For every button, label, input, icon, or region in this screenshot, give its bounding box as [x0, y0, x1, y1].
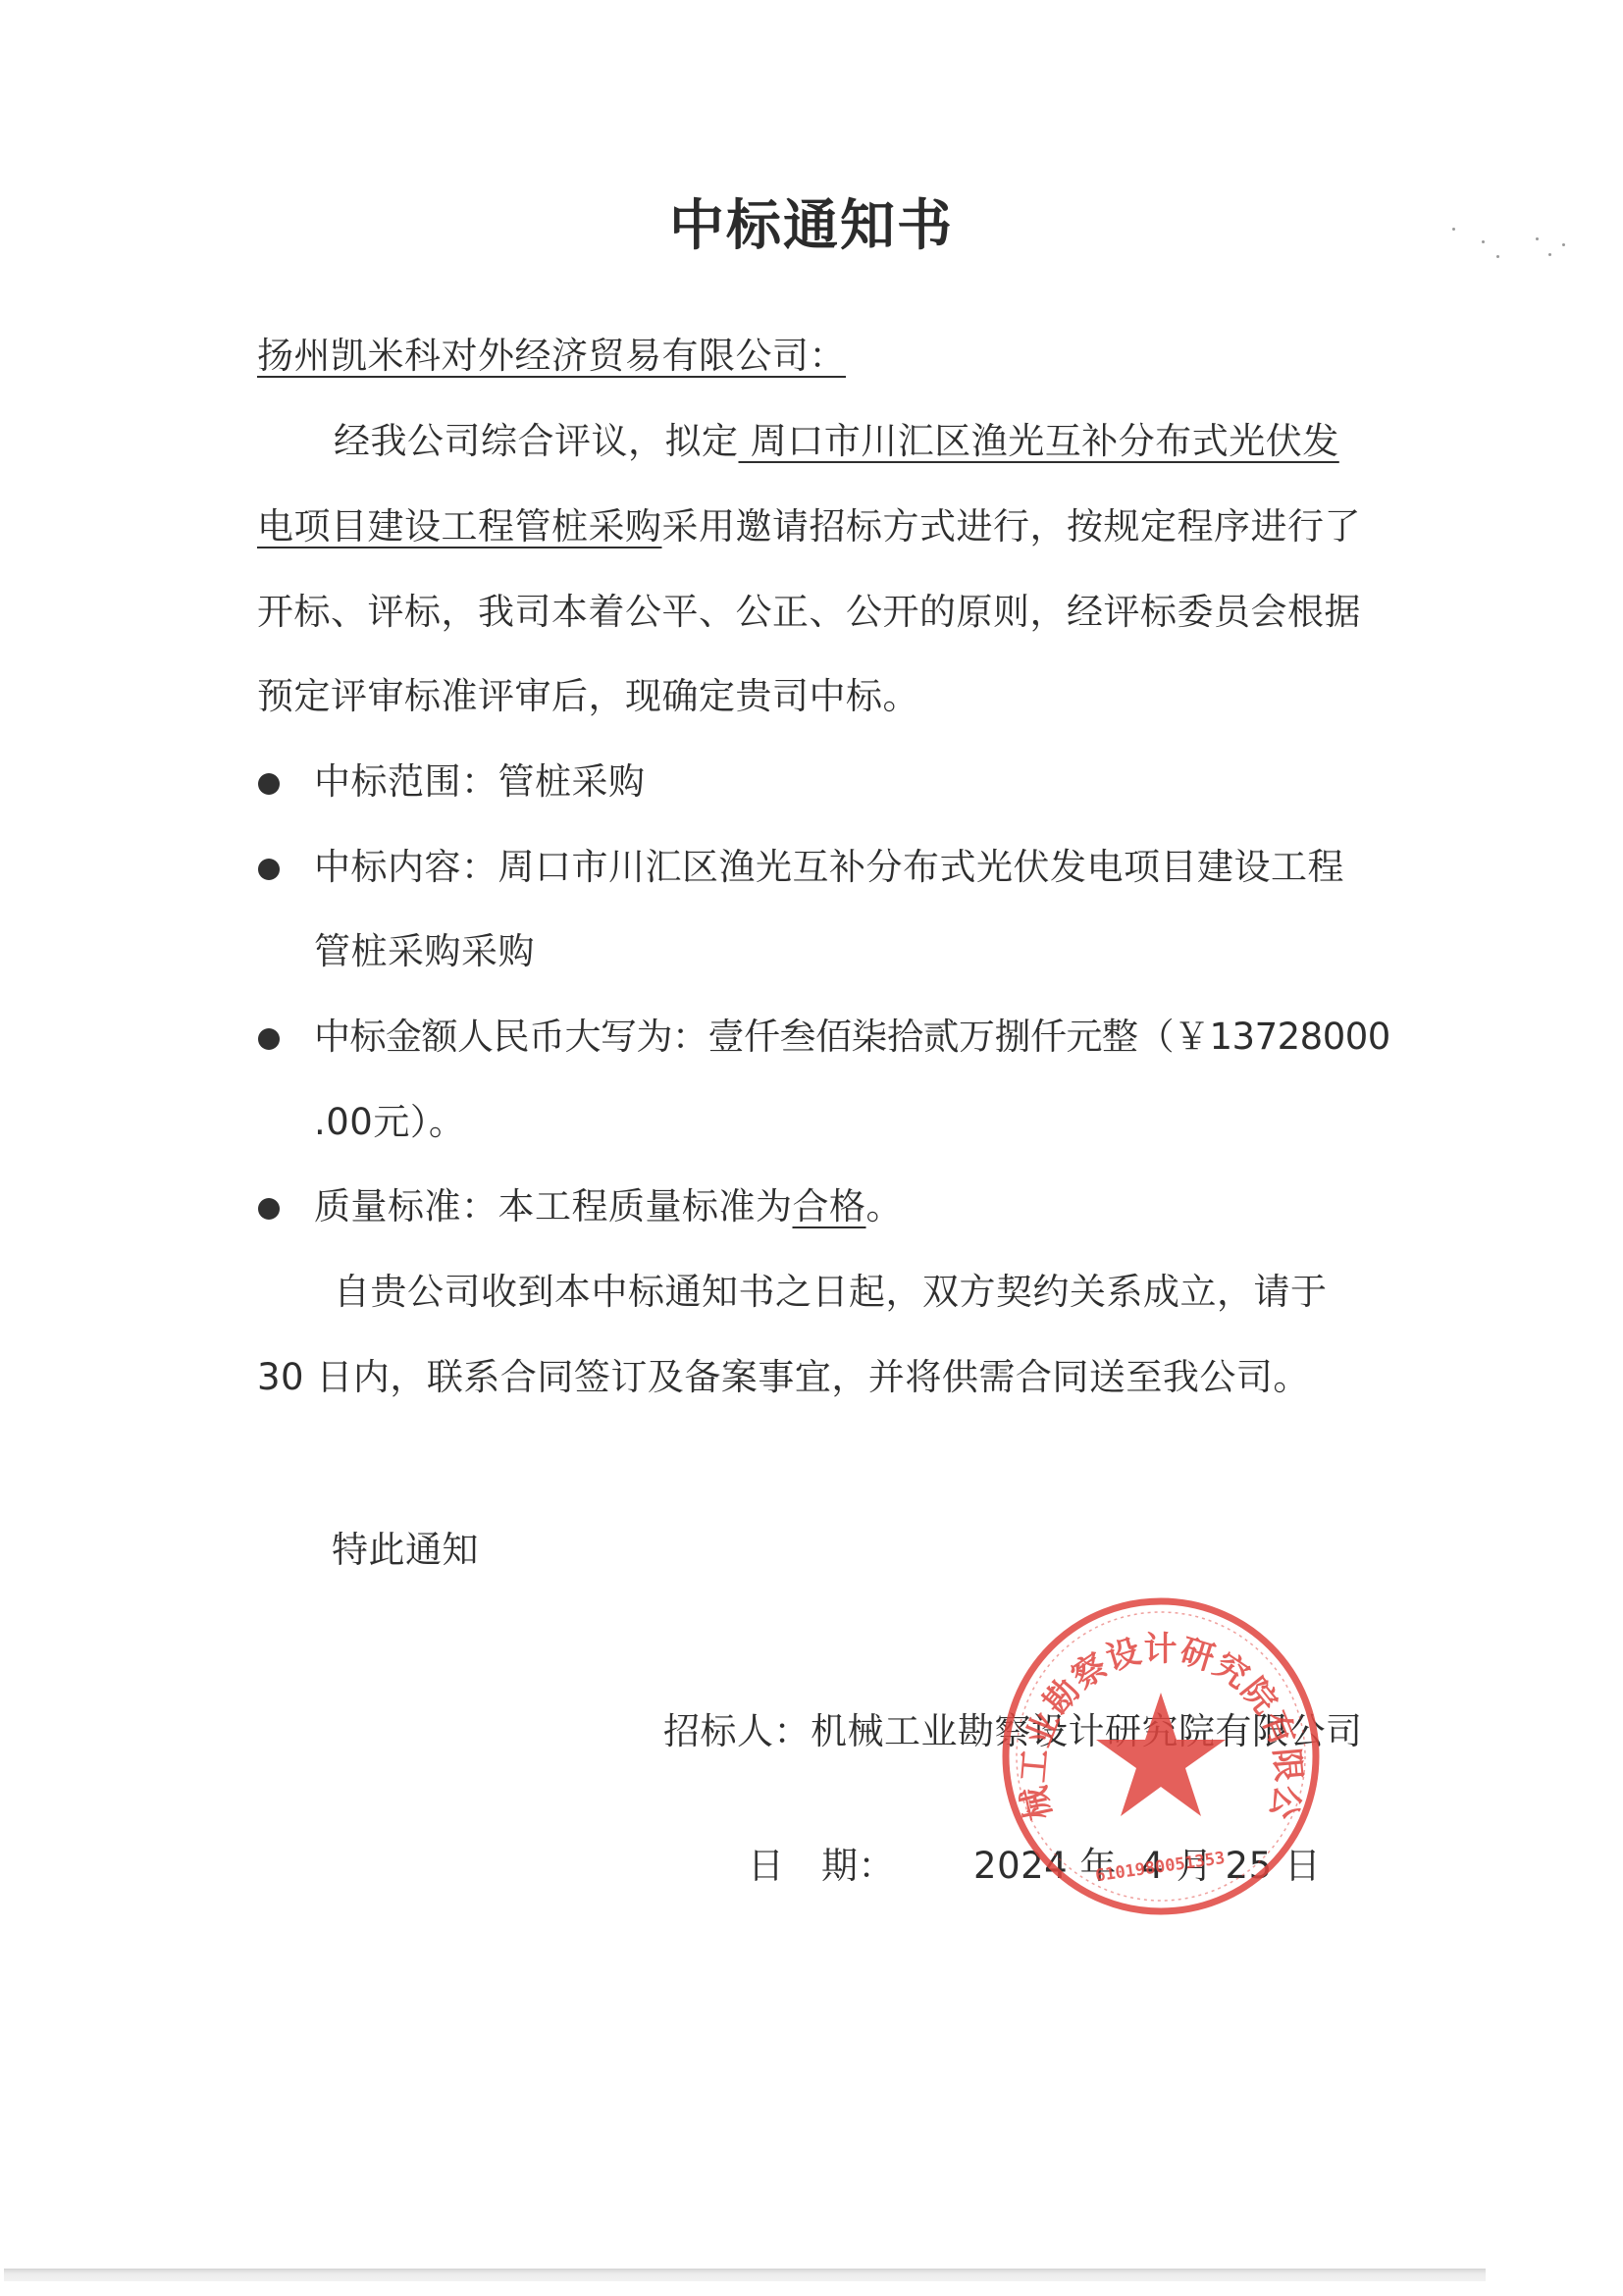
closing-line1: 自贵公司收到本中标通知书之日起，双方契约关系成立，请于	[334, 1268, 1328, 1317]
issuer-label: 招标人：	[663, 1710, 811, 1752]
paragraph1-prefix: 经我公司综合评议，拟定	[334, 420, 739, 462]
date-line: 日 期：2024 年 4 月 25 日	[700, 1793, 1321, 1940]
paragraph1-line3: 开标、评标，我司本着公平、公正、公开的原则，经评标委员会根据	[257, 588, 1361, 637]
bullet-dot-icon	[258, 1198, 280, 1220]
bullet-scope: 中标范围：管桩采购	[314, 757, 646, 807]
scan-edge-line	[4, 2269, 1486, 2281]
bullet-content-line1: 中标内容：周口市川汇区渔光互补分布式光伏发电项目建设工程	[314, 843, 1344, 892]
bullet-amount-line2: .00元）。	[314, 1098, 465, 1147]
quality-value: 合格	[793, 1185, 866, 1227]
bullet-dot-icon	[258, 1028, 280, 1050]
bullet-dot-icon	[258, 859, 280, 880]
document-title: 中标通知书	[0, 192, 1623, 261]
issuer-name: 机械工业勘察设计研究院有限公司	[811, 1710, 1363, 1752]
paragraph1-line2-suffix: 采用邀请招标方式进行，按规定程序进行了	[662, 505, 1362, 548]
date-value: 2024 年 4 月 25 日	[973, 1845, 1321, 1887]
quality-prefix: 质量标准：本工程质量标准为	[314, 1185, 793, 1227]
bullet-dot-icon	[258, 773, 280, 795]
paragraph1-line2: 电项目建设工程管桩采购采用邀请招标方式进行，按规定程序进行了	[257, 502, 1361, 551]
addressee: 扬州凯米科对外经济贸易有限公司：	[257, 332, 846, 381]
quality-suffix: 。	[866, 1185, 904, 1227]
notice-text: 特此通知	[332, 1526, 479, 1575]
closing-line2: 30 日内，联系合同签订及备案事宜，并将供需合同送至我公司。	[257, 1353, 1310, 1402]
bullet-quality: 质量标准：本工程质量标准为合格。	[314, 1182, 903, 1231]
document-page: 中标通知书 扬州凯米科对外经济贸易有限公司： 经我公司综合评议，拟定 周口市川汇…	[0, 0, 1623, 2296]
paragraph1-line4: 预定评审标准评审后，现确定贵司中标。	[257, 672, 919, 721]
scan-specks	[1433, 196, 1609, 275]
date-label: 日 期：	[748, 1845, 895, 1887]
project-name-part1: 周口市川汇区渔光互补分布式光伏发	[739, 420, 1339, 462]
bullet-content-line2: 管桩采购采购	[314, 927, 535, 976]
project-name-part2: 电项目建设工程管桩采购	[257, 505, 662, 548]
paragraph1-line1: 经我公司综合评议，拟定 周口市川汇区渔光互补分布式光伏发	[334, 417, 1339, 466]
issuer-line: 招标人：机械工业勘察设计研究院有限公司	[663, 1707, 1363, 1756]
bullet-amount-line1: 中标金额人民币大写为：壹仟叁佰柒拾贰万捌仟元整（￥13728000	[314, 1013, 1390, 1062]
